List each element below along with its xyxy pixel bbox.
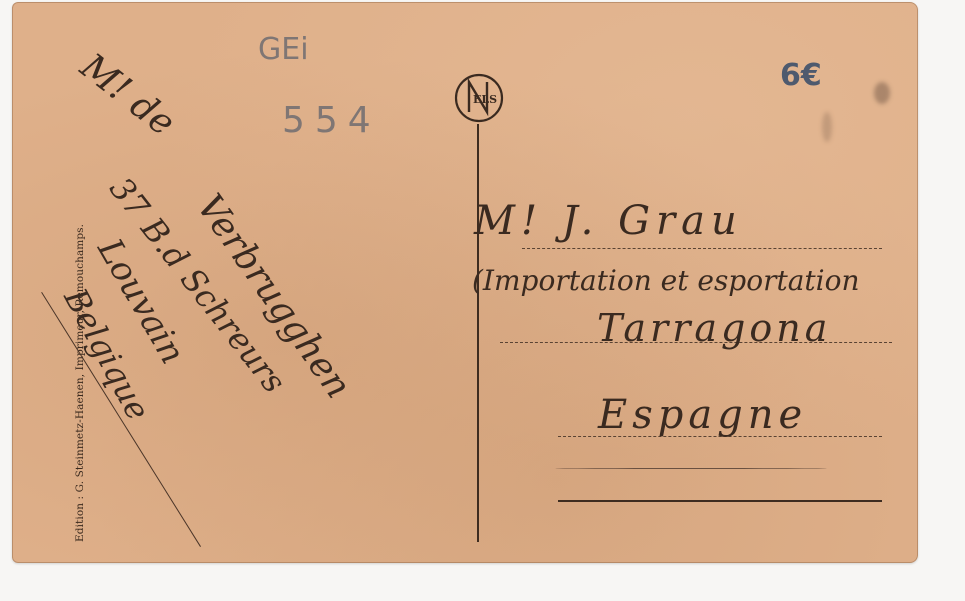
recipient-country: Espagne (598, 392, 807, 438)
sender-line-1: M! de (73, 46, 183, 144)
ink-speckle (822, 112, 832, 142)
pencil-code: GEi (258, 32, 309, 67)
recipient-city: Tarragona (597, 306, 831, 350)
pencil-number: 554 (282, 100, 381, 141)
publisher-imprint: Edition : G. Steinmetz-Haenen, Imprimeur… (74, 224, 86, 542)
price-note: 6€ (780, 58, 822, 93)
svg-text:ELS: ELS (473, 93, 497, 106)
postcard-back: Edition : G. Steinmetz-Haenen, Imprimeur… (12, 2, 918, 563)
recipient-name: M! J. Grau (474, 198, 743, 244)
address-line-5 (558, 500, 882, 502)
address-line-1 (522, 248, 882, 249)
ink-smudge (874, 82, 890, 104)
nels-logo-icon: ELS (453, 72, 505, 124)
underline-stroke (555, 468, 827, 469)
recipient-business: (Importation et esportation (472, 264, 860, 297)
center-divider (477, 124, 479, 542)
